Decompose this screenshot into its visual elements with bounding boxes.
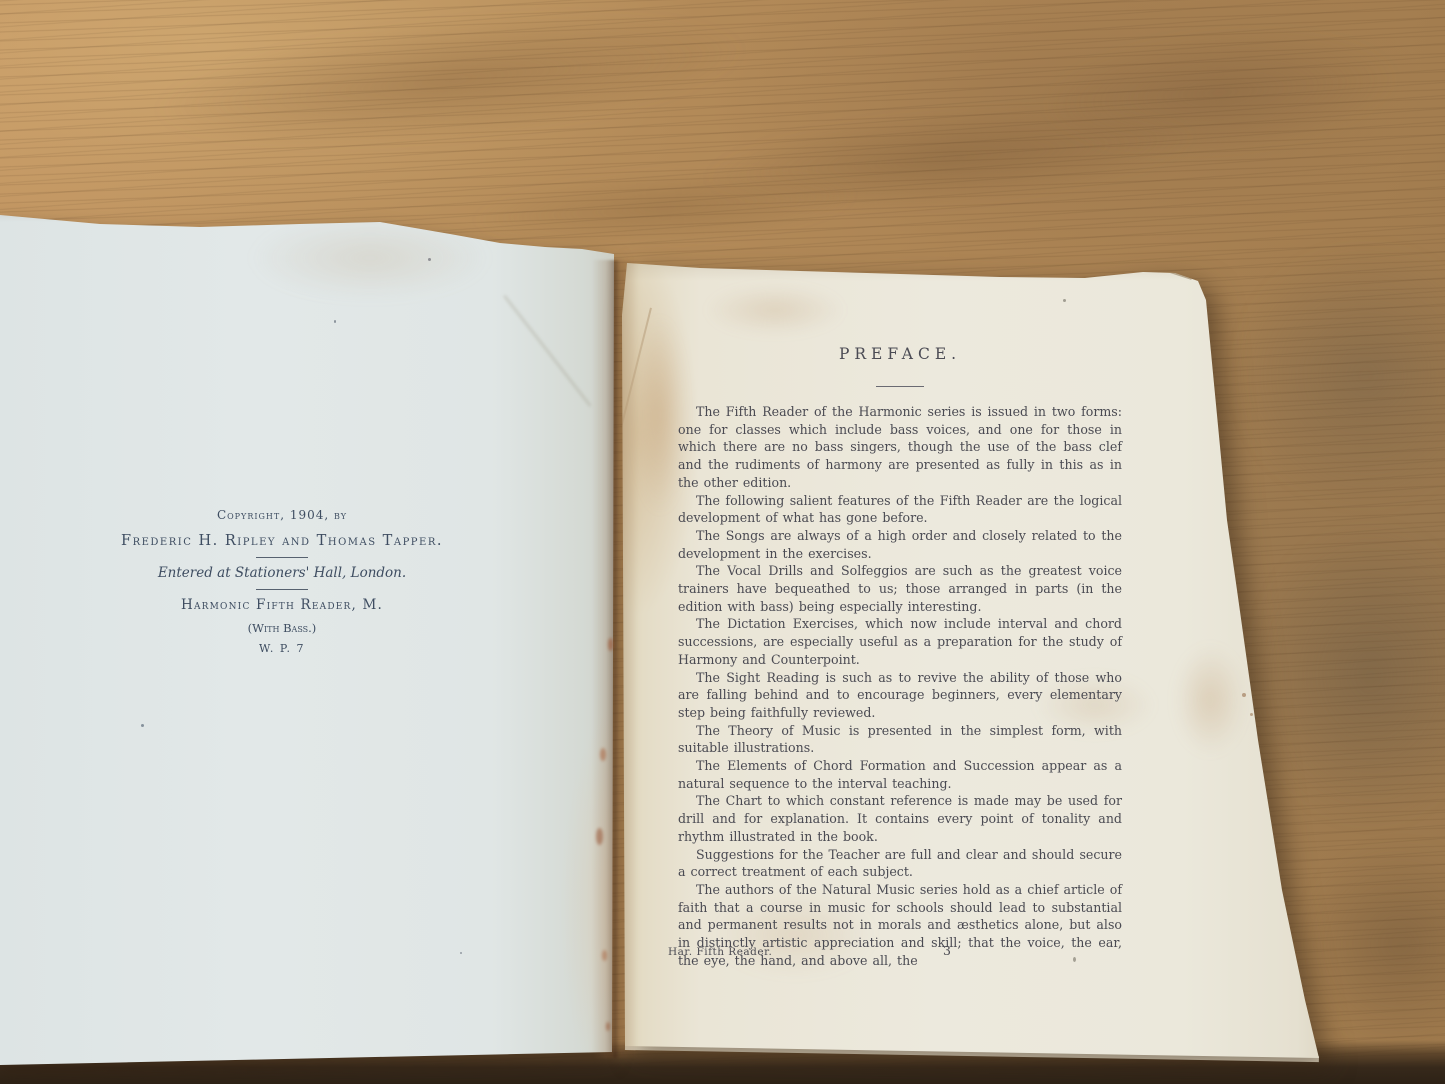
paper-crease	[503, 295, 591, 407]
page-number: 3	[943, 943, 951, 958]
foxing-stain	[705, 285, 845, 335]
book-gutter	[592, 260, 638, 1058]
gutter-stain	[606, 1022, 610, 1031]
gutter-stain	[596, 828, 603, 845]
preface-paragraph-9: The Chart to which constant reference is…	[678, 792, 1122, 845]
photo-open-book: Copyright, 1904, by Frederic H. Ripley a…	[0, 0, 1445, 1084]
preface-paragraph-5: The Dictation Exercises, which now inclu…	[678, 615, 1122, 668]
preface-paragraph-2: The following salient features of the Fi…	[678, 492, 1122, 527]
preface-paragraph-4: The Vocal Drills and Solfeggios are such…	[678, 562, 1122, 615]
series-line: Harmonic Fifth Reader, M.	[92, 597, 472, 614]
preface-paragraph-8: The Elements of Chord Formation and Succ…	[678, 757, 1122, 792]
bass-line: (With Bass.)	[92, 621, 472, 635]
paper-speck	[428, 258, 431, 261]
copyright-line: Copyright, 1904, by	[92, 508, 472, 523]
right-page: PREFACE. The Fifth Reader of the Harmoni…	[615, 255, 1325, 1067]
gutter-stain	[602, 950, 607, 961]
paper-speck	[1242, 693, 1246, 697]
paper-stain	[250, 218, 490, 298]
left-page: Copyright, 1904, by Frederic H. Ripley a…	[0, 200, 630, 1084]
paper-speck	[460, 952, 462, 954]
right-page-shadow-wrap: PREFACE. The Fifth Reader of the Harmoni…	[615, 255, 1325, 1067]
page-corner-crease	[1136, 260, 1192, 280]
preface-paragraph-3: The Songs are always of a high order and…	[678, 527, 1122, 562]
paper-speck	[334, 320, 336, 323]
preface-paragraph-1: The Fifth Reader of the Harmonic series …	[678, 403, 1122, 492]
printer-code-line: W. P. 7	[92, 642, 472, 656]
copyright-block: Copyright, 1904, by Frederic H. Ripley a…	[92, 508, 472, 656]
preface-body: The Fifth Reader of the Harmonic series …	[678, 403, 1122, 970]
preface-heading: PREFACE.	[678, 345, 1122, 363]
preface-paragraph-7: The Theory of Music is presented in the …	[678, 722, 1122, 757]
paper-speck	[1063, 299, 1066, 302]
paper-speck	[1250, 713, 1253, 716]
divider-rule	[256, 557, 308, 558]
gutter-stain	[600, 748, 606, 761]
paper-speck	[141, 724, 144, 727]
left-page-shadow-wrap: Copyright, 1904, by Frederic H. Ripley a…	[0, 200, 630, 1084]
gutter-stain	[608, 638, 613, 651]
gilt-page-edge	[545, 242, 615, 250]
foxing-stain	[1175, 645, 1245, 755]
authors-line: Frederic H. Ripley and Thomas Tapper.	[92, 532, 472, 550]
heading-rule	[876, 386, 924, 387]
preface-paragraph-10: Suggestions for the Teacher are full and…	[678, 846, 1122, 881]
entered-line: Entered at Stationers' Hall, London.	[92, 565, 472, 582]
preface-paragraph-6: The Sight Reading is such as to revive t…	[678, 669, 1122, 722]
divider-rule	[256, 589, 308, 590]
running-title: Har. Fifth Reader.	[668, 946, 772, 958]
